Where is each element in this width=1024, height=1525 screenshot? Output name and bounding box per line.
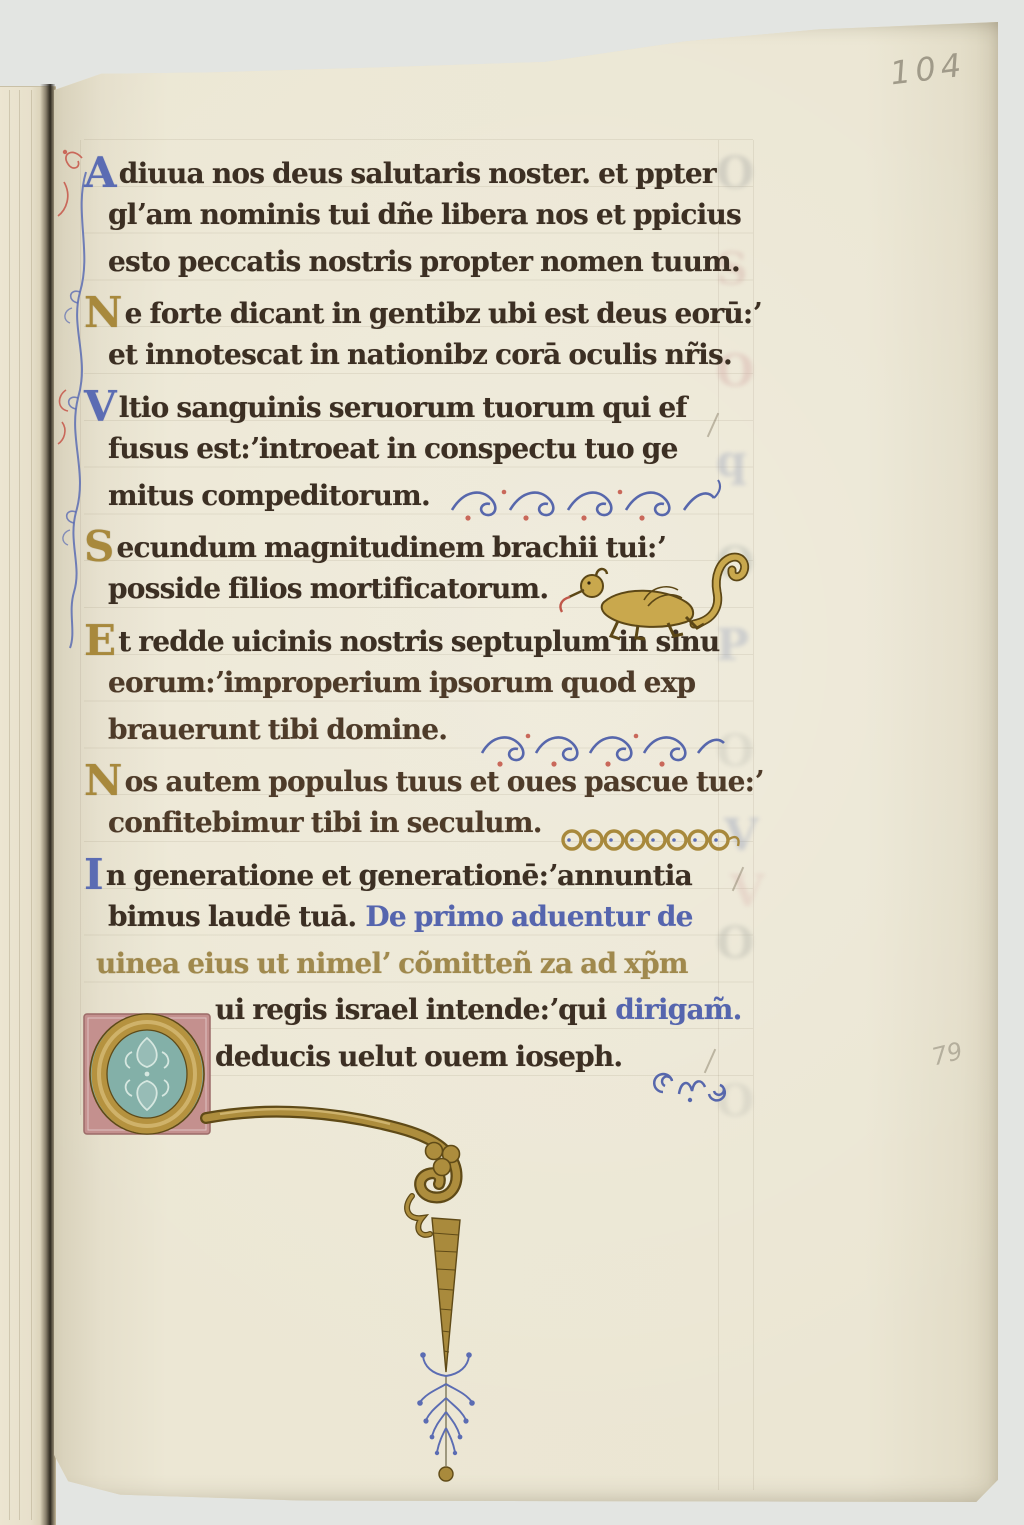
- versal-initial-N: N: [84, 764, 122, 798]
- line-text: esto peccatis nostris propter nomen tuum…: [108, 245, 740, 278]
- page-fold-line: [31, 90, 32, 1520]
- line-text: glʼam nominis tui dñe libera nos et ppic…: [108, 198, 741, 231]
- text-line: bimus laudē tuā.De primo aduentur de: [108, 901, 693, 933]
- line-text: os autem populus tuus et oues pascue tue…: [125, 765, 764, 798]
- line-filler-gold-chain-icon: [560, 822, 742, 858]
- rubric-blue-text: De primo aduentur de: [365, 900, 692, 933]
- line-filler-vine-icon: [448, 484, 726, 524]
- text-line: fusus est:ʼintroeat in conspectu tuo ge: [108, 433, 678, 465]
- text-line: eorum:ʼimproperium ipsorum quod exp: [108, 667, 695, 699]
- line-filler-swirl-icon: [643, 1064, 729, 1110]
- text-line: et innotescat in nationibz corā oculis n…: [108, 339, 732, 371]
- text-line: esto peccatis nostris propter nomen tuum…: [108, 246, 740, 278]
- line-text: ltio sanguinis seruorum tuorum qui ef: [119, 391, 687, 424]
- line-filler-vine-icon: [478, 729, 730, 769]
- line-text: et innotescat in nationibz corā oculis n…: [108, 338, 732, 371]
- line-text: uinea eius ut nimelʼ cõmitteñ za ad xp̃m: [96, 947, 688, 980]
- show-through-letter: O: [716, 918, 754, 969]
- line-text: eorum:ʼimproperium ipsorum quod exp: [108, 666, 695, 699]
- page-fold-line: [19, 90, 20, 1520]
- text-line: mitus compeditorum.: [108, 480, 430, 512]
- line-text: confitebimur tibi in seculum.: [108, 806, 542, 839]
- text-line: In generatione et generationē:ʼannuntia: [108, 854, 692, 892]
- line-text: bimus laudē tuā.: [108, 900, 356, 933]
- show-through-letter: q: [716, 436, 747, 487]
- text-line: Adiuua nos deus salutaris noster. et ppt…: [108, 152, 716, 190]
- line-text: fusus est:ʼintroeat in conspectu tuo ge: [108, 432, 678, 465]
- rubric-blue-text: dirigam̃.: [615, 993, 741, 1026]
- line-text: posside filios mortificatorum.: [108, 572, 548, 605]
- versal-initial-I: I: [84, 858, 103, 892]
- line-text: mitus compeditorum.: [108, 479, 430, 512]
- text-line: glʼam nominis tui dñe libera nos et ppic…: [108, 199, 741, 231]
- text-line: brauerunt tibi domine.: [108, 714, 447, 746]
- decorated-initial-Q: [80, 1004, 500, 1519]
- text-line: Vltio sanguinis seruorum tuorum qui ef: [108, 386, 687, 424]
- line-text: diuua nos deus salutaris noster. et ppte…: [119, 157, 716, 190]
- line-text: n generatione et generationē:ʼannuntia: [106, 859, 692, 892]
- gold-rubric-line: uinea eius ut nimelʼ cõmitteñ za ad xp̃m: [96, 948, 688, 980]
- dragon-drollery-icon: [552, 528, 752, 646]
- page-fold-line: [9, 90, 10, 1520]
- line-text: e forte dicant in gentibz ubi est deus e…: [125, 297, 762, 330]
- show-through-letter: O: [716, 148, 754, 199]
- manuscript-photograph: 104 79 O S O q O P O V V O O Adiuua nos …: [0, 0, 1024, 1525]
- text-line: Ne forte dicant in gentibz ubi est deus …: [108, 292, 761, 330]
- show-through-letter: V: [730, 866, 764, 917]
- text-line: posside filios mortificatorum.: [108, 573, 548, 605]
- text-line: confitebimur tibi in seculum.: [108, 807, 542, 839]
- line-text: brauerunt tibi domine.: [108, 713, 447, 746]
- margin-penwork-flourish-icon: [52, 140, 116, 740]
